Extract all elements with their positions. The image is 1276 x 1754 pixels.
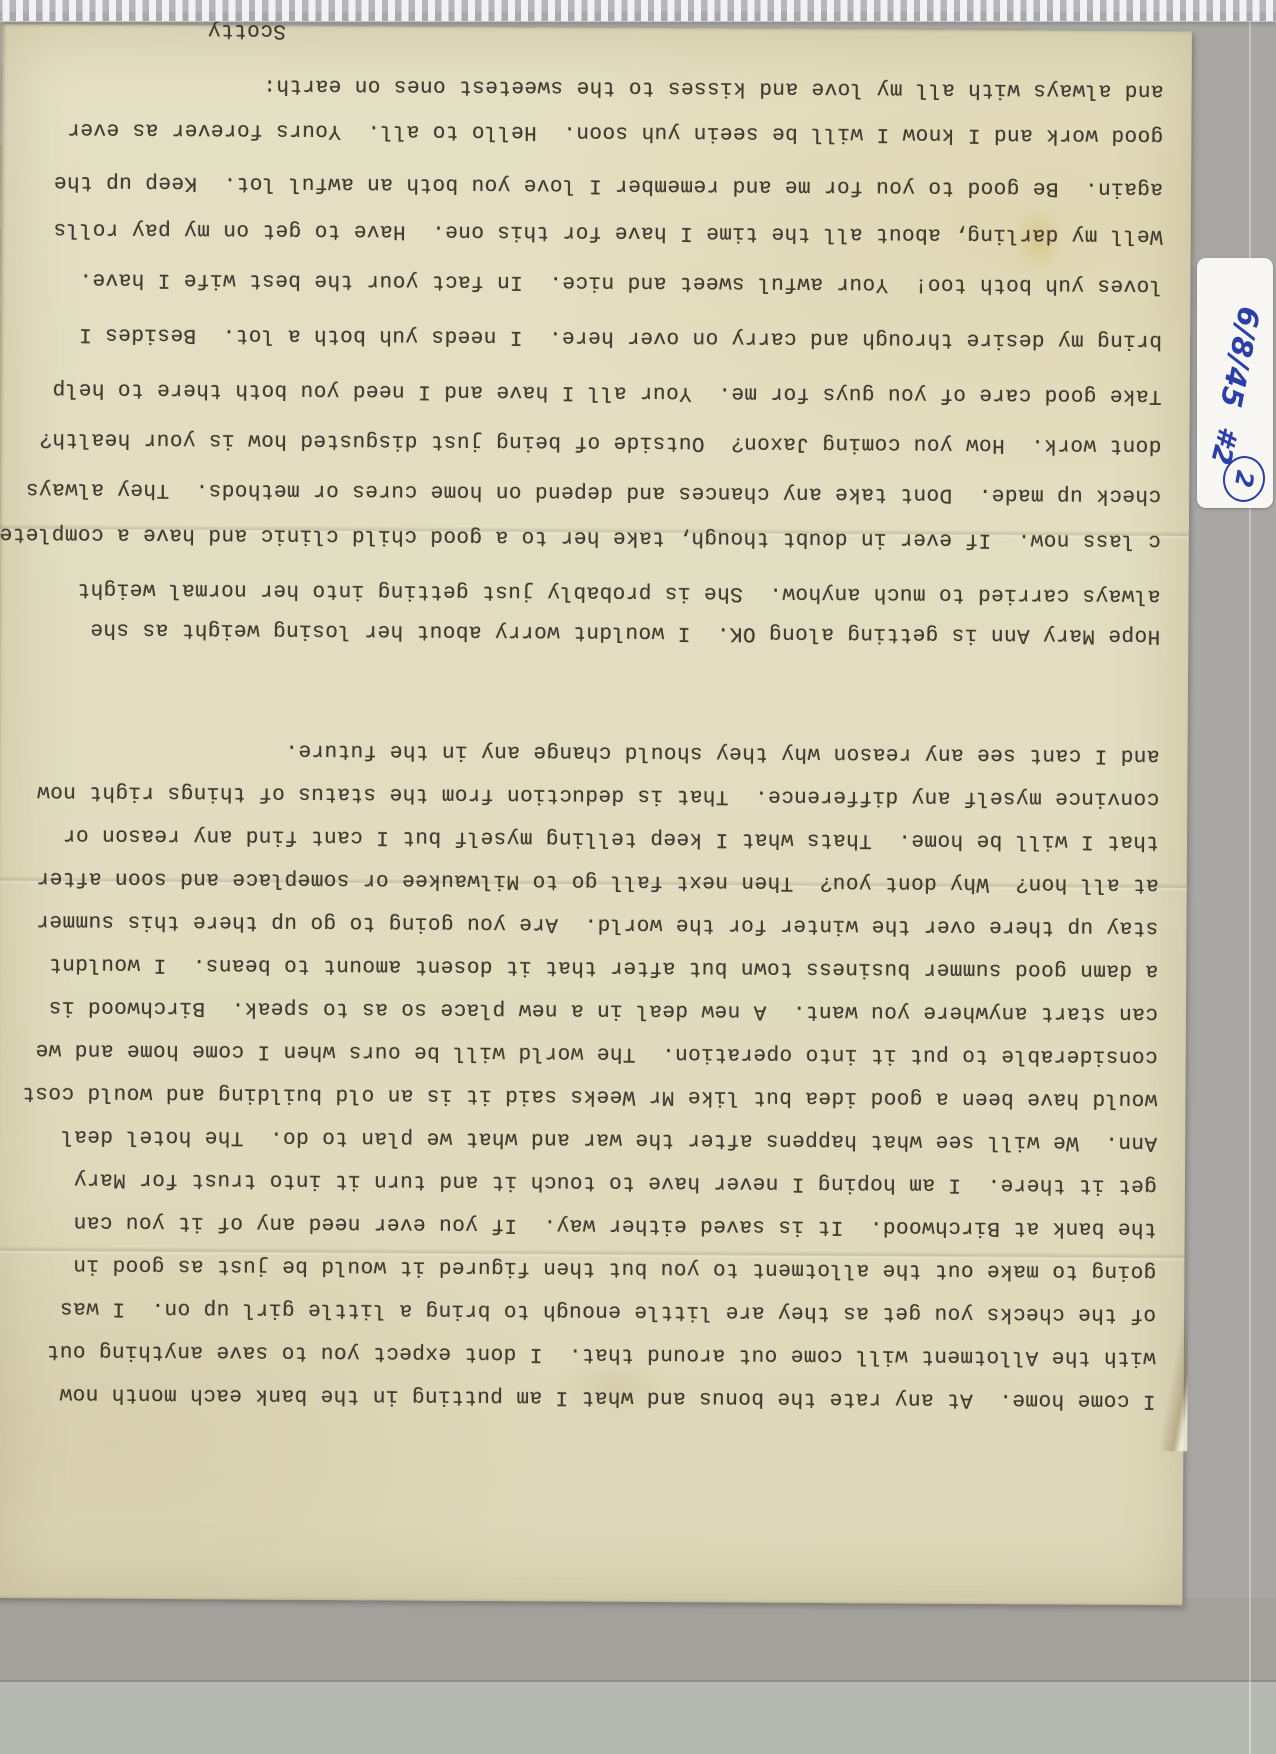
- letter-line: stay up there over the winter for the wo…: [36, 909, 1159, 939]
- paper-tear: [1161, 1321, 1188, 1451]
- letter-line: considerable to put it into operation. T…: [35, 1038, 1158, 1068]
- letter-line: c lass now. If ever in doubt though, tak…: [0, 522, 1161, 552]
- handwritten-date: 6/8/45: [1214, 304, 1267, 411]
- letter-line: can start anywhere you want. A new deal …: [48, 995, 1158, 1025]
- letter-line: good work and I know I will be seein yuh…: [67, 117, 1163, 147]
- letter-line: Hope Mary Ann is getting along OK. I wou…: [90, 618, 1160, 648]
- letter-line: I come home. At any rate the bonus and w…: [59, 1382, 1155, 1412]
- letter-line: a damn good summer business town but aft…: [49, 952, 1159, 982]
- letter-line: Well my darling, about all the time I ha…: [53, 217, 1163, 247]
- date-label-sticker: 6/8/45 #2 2: [1197, 258, 1273, 508]
- letter-line: with the Allotment will come out around …: [46, 1339, 1156, 1369]
- letter-line: loves yuh both too! Your awful sweet and…: [79, 267, 1162, 297]
- comb-binding-strip: [0, 0, 1276, 21]
- letter-line: going to make out the allotment to you b…: [73, 1253, 1156, 1283]
- letter-line: the bank at Birchwood. It is saved eithe…: [73, 1210, 1156, 1240]
- letter-line: would have been a good idea but like Mr …: [22, 1081, 1158, 1111]
- letter-line: at all hon? Why dont you? Then next fall…: [36, 866, 1159, 896]
- letter-line: convince myself any difference. That is …: [37, 780, 1160, 810]
- letter-line: check up made. Dont take any chances and…: [26, 477, 1162, 507]
- letter-line: get it there. I am hoping I never have t…: [74, 1167, 1157, 1197]
- letter-line: Take good care of you guys for me. Your …: [52, 377, 1162, 407]
- letter-line: always carried to much anyhow. She is pr…: [77, 577, 1160, 607]
- letter-line: dont work. How you coming Jaxon? Outside…: [39, 427, 1162, 457]
- letter-line: of the checks you get as they are little…: [60, 1296, 1156, 1326]
- letter-line: Ann. We will see what happens after the …: [61, 1124, 1157, 1154]
- letter-line: and I cant see any reason why they shoul…: [285, 739, 1160, 767]
- letter-line: again. Be good to you for me and remembe…: [54, 170, 1164, 200]
- sleeve-lower-band: [0, 1598, 1276, 1682]
- letter-line: and always with all my love and kisses t…: [263, 74, 1164, 103]
- scanner-bed-band: [0, 1682, 1276, 1754]
- letter-page: I come home. At any rate the bonus and w…: [0, 24, 1192, 1605]
- letter-line: Scotty: [208, 18, 286, 41]
- letter-line: bring my desire through and carry on ove…: [79, 322, 1162, 352]
- letter-line: that I will be home. Thats what I keep t…: [63, 823, 1159, 853]
- letter-text: I come home. At any rate the bonus and w…: [22, 24, 1164, 1605]
